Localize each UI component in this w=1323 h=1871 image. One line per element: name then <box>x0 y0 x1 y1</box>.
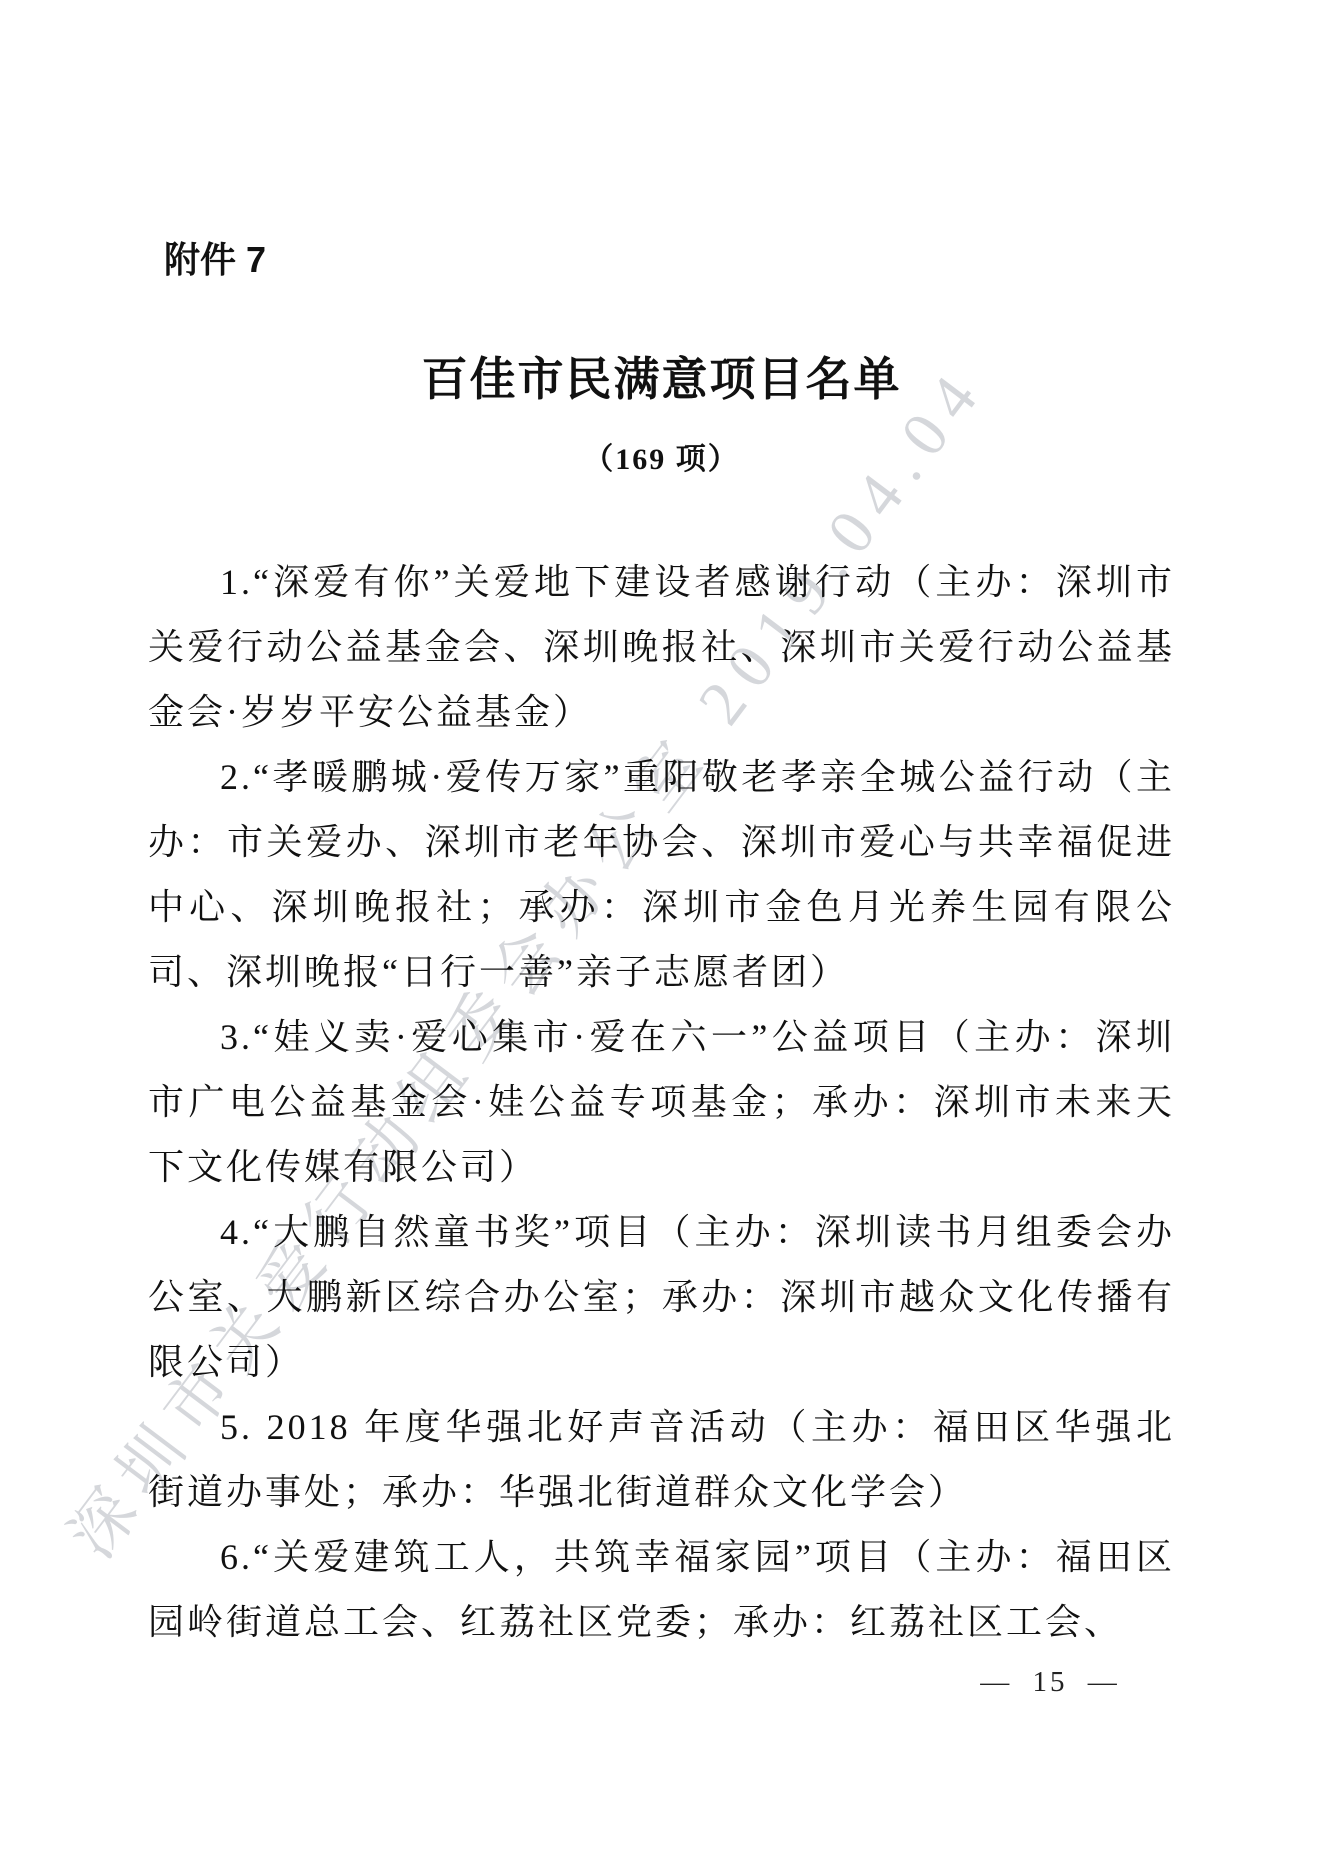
page-number: — 15 — <box>940 1666 1160 1699</box>
page-title: 百佳市民满意项目名单 <box>148 356 1175 404</box>
project-item: 2.“孝暖鹏城·爱传万家”重阳敬老孝亲全城公益行动（主办：市关爱办、深圳市老年协… <box>148 745 1175 1005</box>
attachment-label: 附件 7 <box>164 240 1175 280</box>
document-page: 深圳市关爱行动组委会办公室 2019.04.04 附件 7 百佳市民满意项目名单… <box>0 0 1323 1871</box>
document-content: 附件 7 百佳市民满意项目名单 （169 项） 1.“深爱有你”关爱地下建设者感… <box>0 0 1323 1655</box>
project-item: 3.“娃义卖·爱心集市·爱在六一”公益项目（主办：深圳市广电公益基金会·娃公益专… <box>148 1005 1175 1200</box>
project-item: 1.“深爱有你”关爱地下建设者感谢行动（主办：深圳市关爱行动公益基金会、深圳晚报… <box>148 550 1175 745</box>
project-item: 5. 2018 年度华强北好声音活动（主办：福田区华强北街道办事处；承办：华强北… <box>148 1395 1175 1525</box>
project-item: 4.“大鹏自然童书奖”项目（主办：深圳读书月组委会办公室、大鹏新区综合办公室；承… <box>148 1200 1175 1395</box>
item-count-subtitle: （169 项） <box>148 434 1175 478</box>
project-list: 1.“深爱有你”关爱地下建设者感谢行动（主办：深圳市关爱行动公益基金会、深圳晚报… <box>148 550 1175 1655</box>
project-item: 6.“关爱建筑工人，共筑幸福家园”项目（主办：福田区园岭街道总工会、红荔社区党委… <box>148 1525 1175 1655</box>
